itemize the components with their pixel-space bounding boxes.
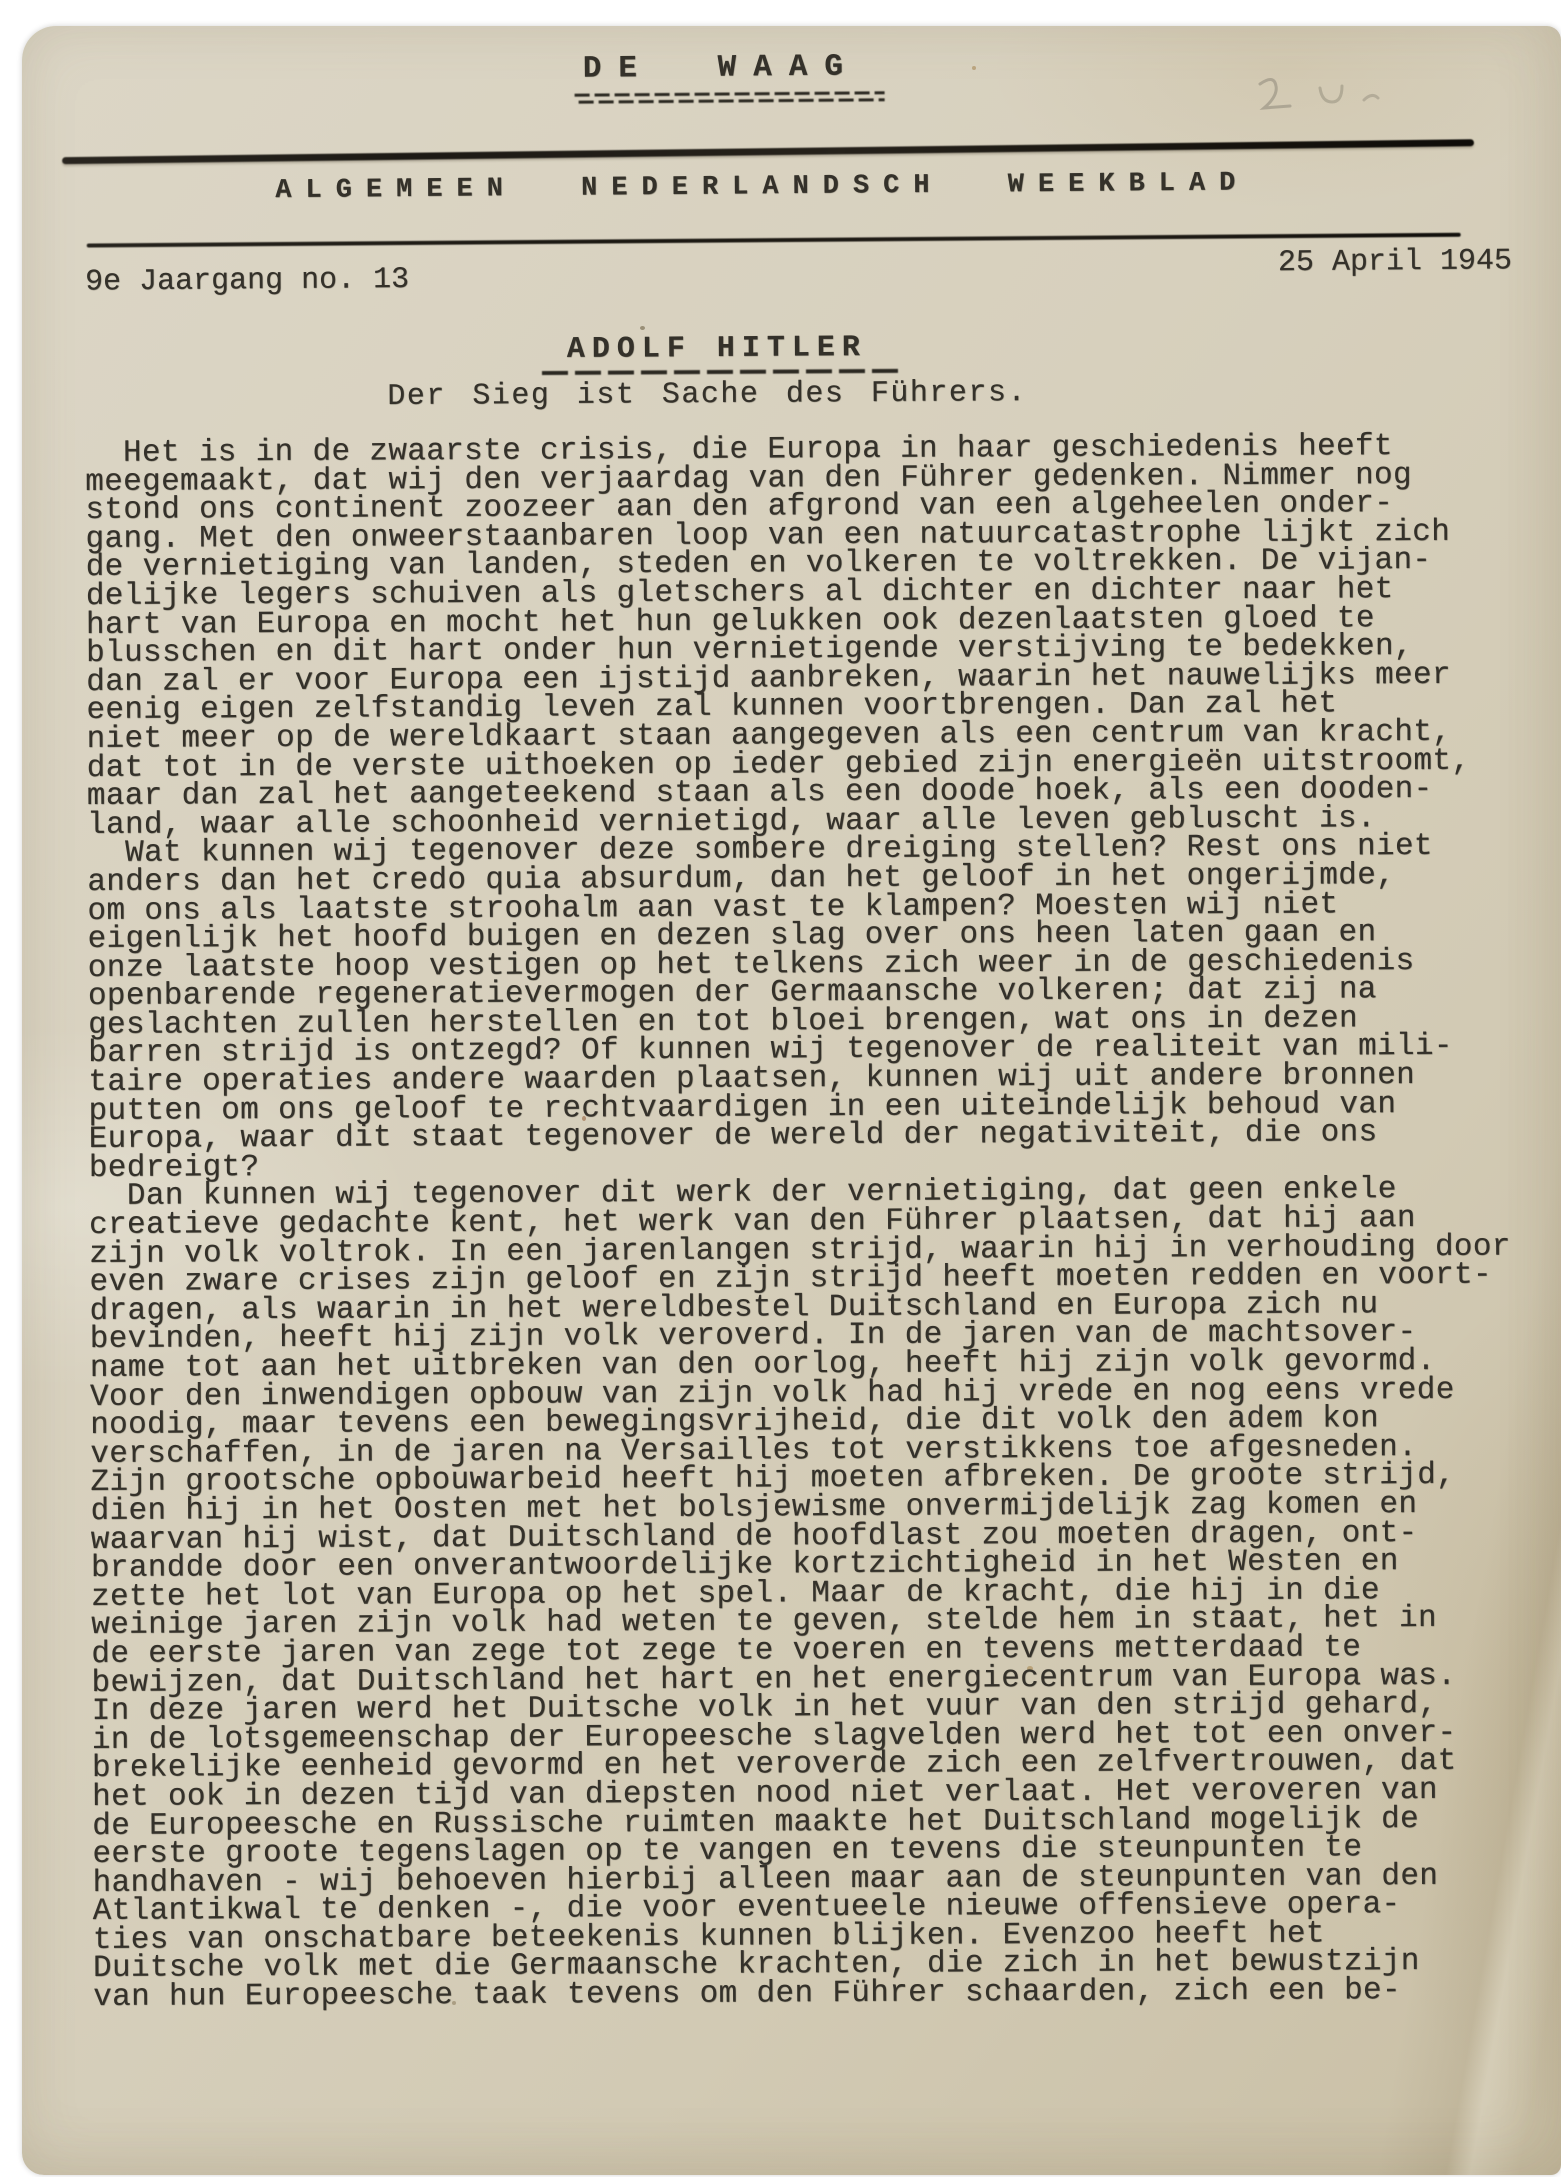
issue-date: 25 April 1945: [1278, 244, 1512, 280]
article-title: ADOLF HITLER: [22, 328, 1412, 370]
masthead-subtitle: ALGEMEEN NEDERLANDSCH WEEKBLAD: [22, 166, 1502, 208]
article-title-underline: [542, 369, 898, 376]
document-page: DE WAAG ALGEMEEN NEDERLANDSCH WEEKBLAD 9…: [22, 26, 1561, 2175]
issue-number: 9e Jaargang no. 13: [85, 263, 409, 300]
article-subtitle: Der Sieg ist Sache des Führers.: [22, 374, 1392, 416]
body-line: van hun Europeesche taak tevens om den F…: [93, 1977, 1513, 2013]
article-header: ADOLF HITLER Der Sieg ist Sache des Führ…: [20, 21, 1559, 30]
body-line: Europa, waar dit staat tegenover de were…: [89, 1119, 1509, 1155]
scan-background: DE WAAG ALGEMEEN NEDERLANDSCH WEEKBLAD 9…: [0, 0, 1561, 2177]
masthead-underline: [575, 91, 885, 103]
ink-rule-second: [87, 233, 1461, 248]
ink-rule-top: [62, 139, 1474, 164]
masthead-block: DE WAAG ALGEMEEN NEDERLANDSCH WEEKBLAD 9…: [21, 20, 1560, 32]
paper-speck: [640, 326, 645, 330]
article-body: Het is in de zwaarste crisis, die Europa…: [85, 433, 1513, 2013]
